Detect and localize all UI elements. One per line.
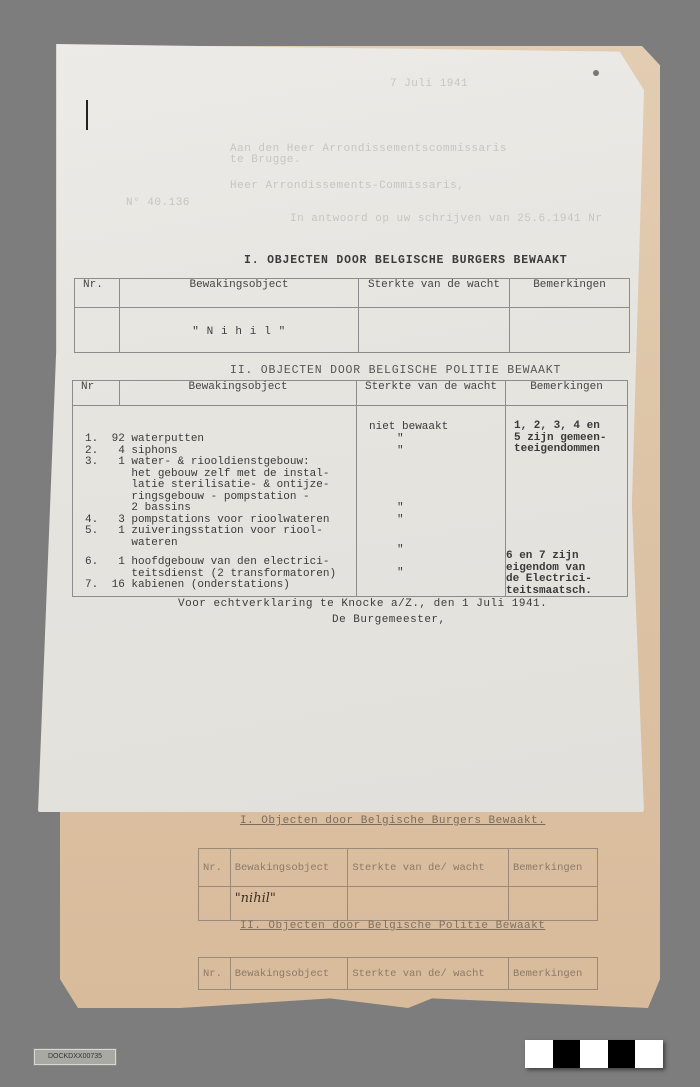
- faded-number: N° 40.136: [126, 197, 190, 209]
- archive-reference-label: DOCKDXX00735: [34, 1049, 116, 1065]
- back-table-1: Nr. Bewakingsobject Sterkte van de/ wach…: [198, 848, 598, 921]
- t2-row-7: 7. 16 kabienen (onderstations): [85, 580, 336, 592]
- faded-body: In antwoord op uw schrijven van 25.6.194…: [290, 213, 602, 225]
- colorbar-white-3: [635, 1040, 663, 1068]
- t1-cell-strength: [359, 308, 510, 353]
- colorbar-white-2: [580, 1040, 608, 1068]
- signatory-text: De Burgemeester,: [332, 614, 446, 626]
- faded-address-2: te Brugge.: [230, 154, 301, 166]
- t2-objects-cell: 1. 92 waterputten 2. 4 siphons 3. 1 wate…: [73, 406, 357, 597]
- back-section2-title: II. Objecten door Belgische Politie Bewa…: [240, 920, 545, 932]
- section2-table: Nr Bewakingsobject Sterkte van de wacht …: [72, 380, 628, 597]
- color-calibration-bar: [525, 1040, 663, 1068]
- back-t1-header-strength: Sterkte van de/ wacht: [348, 849, 509, 887]
- back-t1-cell: [348, 887, 509, 921]
- t2-strength-4: ": [397, 502, 404, 514]
- staple-mark: [86, 100, 88, 130]
- t1-nihil: " N i h i l ": [192, 326, 286, 338]
- t2-row-5: 5. 1 zuiveringsstation voor riool- water…: [85, 526, 336, 549]
- t2-strength-7: ": [397, 567, 404, 579]
- back-t1-header-object: Bewakingsobject: [230, 849, 348, 887]
- t1-cell-nr: [75, 308, 120, 353]
- t2-header-remarks: Bemerkingen: [506, 381, 628, 406]
- back-t1-cell: [199, 887, 231, 921]
- section1-title: I. OBJECTEN DOOR BELGISCHE BURGERS BEWAA…: [244, 254, 567, 267]
- t2-strength-3: ": [397, 445, 404, 457]
- t1-header-strength: Sterkte van de wacht: [359, 279, 510, 308]
- t2-remarks-note-1: 1, 2, 3, 4 en 5 zijn gemeen- teeigendomm…: [514, 421, 606, 456]
- back-t2-header-remarks: Bemerkingen: [508, 958, 597, 990]
- t1-header-remarks: Bemerkingen: [510, 279, 630, 308]
- t2-header-nr: Nr: [73, 381, 120, 406]
- t1-header-nr: Nr.: [75, 279, 120, 308]
- punch-hole: [593, 70, 599, 76]
- certification-text: Voor echtverklaring te Knocke a/Z., den …: [178, 598, 547, 610]
- back-t2-header-object: Bewakingsobject: [230, 958, 348, 990]
- faded-date: 7 Juli 1941: [390, 78, 468, 90]
- t2-row-3: 3. 1 water- & riooldienstgebouw: het geb…: [85, 457, 336, 515]
- back-table-2: Nr. Bewakingsobject Sterkte van de/ wach…: [198, 957, 598, 990]
- t1-cell-remarks: [510, 308, 630, 353]
- t2-remarks-note-2: 6 en 7 zijn eigendom van de Electrici- t…: [506, 551, 592, 597]
- t2-header-object: Bewakingsobject: [120, 381, 357, 406]
- t2-strength-6: ": [397, 544, 404, 556]
- colorbar-black-2: [608, 1040, 636, 1068]
- t2-row-6: 6. 1 hoofdgebouw van den electrici- teit…: [85, 557, 336, 580]
- t2-header-strength: Sterkte van de wacht: [357, 381, 506, 406]
- back-t1-header-remarks: Bemerkingen: [508, 849, 597, 887]
- back-t2-header-strength: Sterkte van de/ wacht: [348, 958, 509, 990]
- colorbar-black-1: [553, 1040, 581, 1068]
- section2-title: II. OBJECTEN DOOR BELGISCHE POLITIE BEWA…: [230, 364, 561, 377]
- t2-row-1: 1. 92 waterputten: [85, 434, 336, 446]
- section1-table: Nr. Bewakingsobject Sterkte van de wacht…: [74, 278, 630, 353]
- faded-salutation: Heer Arrondissements-Commissaris,: [230, 180, 464, 192]
- back-t2-header-nr: Nr.: [199, 958, 231, 990]
- back-t1-header-nr: Nr.: [199, 849, 231, 887]
- t2-strength-2: ": [397, 433, 404, 445]
- t2-strength-cell: niet bewaakt " " " " " ": [357, 406, 506, 597]
- t1-header-object: Bewakingsobject: [120, 279, 359, 308]
- handwritten-nihil: "nihil": [235, 891, 276, 906]
- t2-remarks-cell: 1, 2, 3, 4 en 5 zijn gemeen- teeigendomm…: [506, 406, 628, 597]
- colorbar-white-1: [525, 1040, 553, 1068]
- back-t1-cell: [508, 887, 597, 921]
- t2-strength-1: niet bewaakt: [369, 421, 448, 433]
- t2-strength-5: ": [397, 514, 404, 526]
- back-section1-title: I. Objecten door Belgische Burgers Bewaa…: [240, 815, 545, 827]
